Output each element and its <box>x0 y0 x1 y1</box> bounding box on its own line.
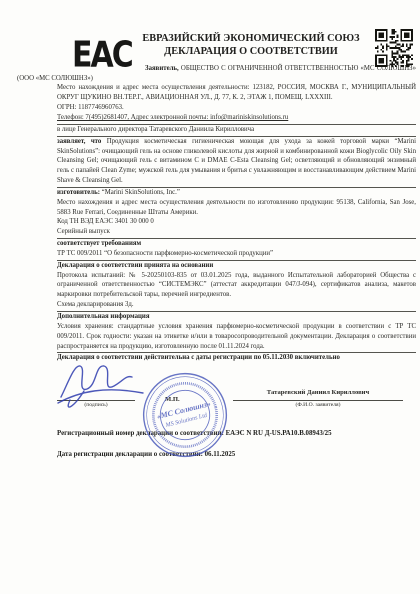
manufacturer-address: Место нахождения и адрес места осуществл… <box>57 198 416 218</box>
declares-label: заявляет, что <box>57 138 101 145</box>
tnved-code: Код ТН ВЭД ЕАЭС 3401 30 000 0 <box>57 217 416 227</box>
declarant-name-caption: (Ф.И.О. заявителя) <box>295 402 340 408</box>
regulation-reference: ТР ТС 009/2011 “О безопасности парфюмерн… <box>57 249 416 261</box>
basis-heading: Декларация о соответствии принята на осн… <box>57 261 416 271</box>
product-text: Продукция косметическая гигиеническая мо… <box>57 138 416 184</box>
compliance-heading: соответствует требованиям <box>57 239 416 249</box>
additional-heading: Дополнительная информация <box>57 312 416 322</box>
additional-text: Условия хранения: стандартные условия хр… <box>57 322 416 354</box>
manufacturer-name: “Marini SkinSolutions, Inc.” <box>102 189 180 196</box>
applicant-ogrn: ОГРН: 1187746960763. <box>57 103 416 113</box>
applicant-representative: в лице Генерального директора Татаревско… <box>57 125 416 137</box>
product-description: заявляет, что Продукция косметическая ги… <box>57 137 416 188</box>
declarant-name: Татаревский Даниил Кириллович <box>233 389 403 396</box>
title-union: ЕВРАЗИЙСКИЙ ЭКОНОМИЧЕСКИЙ СОЮЗ <box>132 32 370 45</box>
basis-text: Протокола испытаний: № 5-20250103-835 от… <box>57 271 416 301</box>
release-type: Серийный выпуск <box>57 227 416 239</box>
applicant-label: Заявитель, <box>145 65 179 72</box>
declaration-scheme: Схема декларирования 3д. <box>57 300 416 312</box>
declarant-name-line: (Ф.И.О. заявителя) <box>233 400 403 408</box>
manufacturer-line: изготовитель: “Marini SkinSolutions, Inc… <box>57 188 416 198</box>
document-title: ЕВРАЗИЙСКИЙ ЭКОНОМИЧЕСКИЙ СОЮЗ ДЕКЛАРАЦИ… <box>132 0 370 59</box>
eac-logo: ЕАС <box>72 30 112 84</box>
registration-number: Регистрационный номер декларации о соотв… <box>57 429 416 439</box>
applicant-contacts: Телефон: 7(495)2681407, Адрес электронно… <box>57 113 416 125</box>
declaration-document: ЕАС ЕВРАЗИЙСКИЙ ЭКОНОМИЧЕСКИЙ СОЮЗ ДЕКЛА… <box>0 0 420 594</box>
document-body: Место нахождения и адрес места осуществл… <box>57 83 416 363</box>
qr-code-pattern <box>375 29 413 67</box>
title-declaration: ДЕКЛАРАЦИЯ О СООТВЕТСТВИИ <box>132 45 370 58</box>
manufacturer-label: изготовитель: <box>57 189 100 196</box>
registration-date: Дата регистрации декларации о соответств… <box>57 450 416 460</box>
qr-code <box>375 29 413 67</box>
signature-block: (подпись) М.П. Татаревский Даниил Кирилл… <box>57 369 416 419</box>
applicant-address: Место нахождения и адрес места осуществл… <box>57 83 416 103</box>
